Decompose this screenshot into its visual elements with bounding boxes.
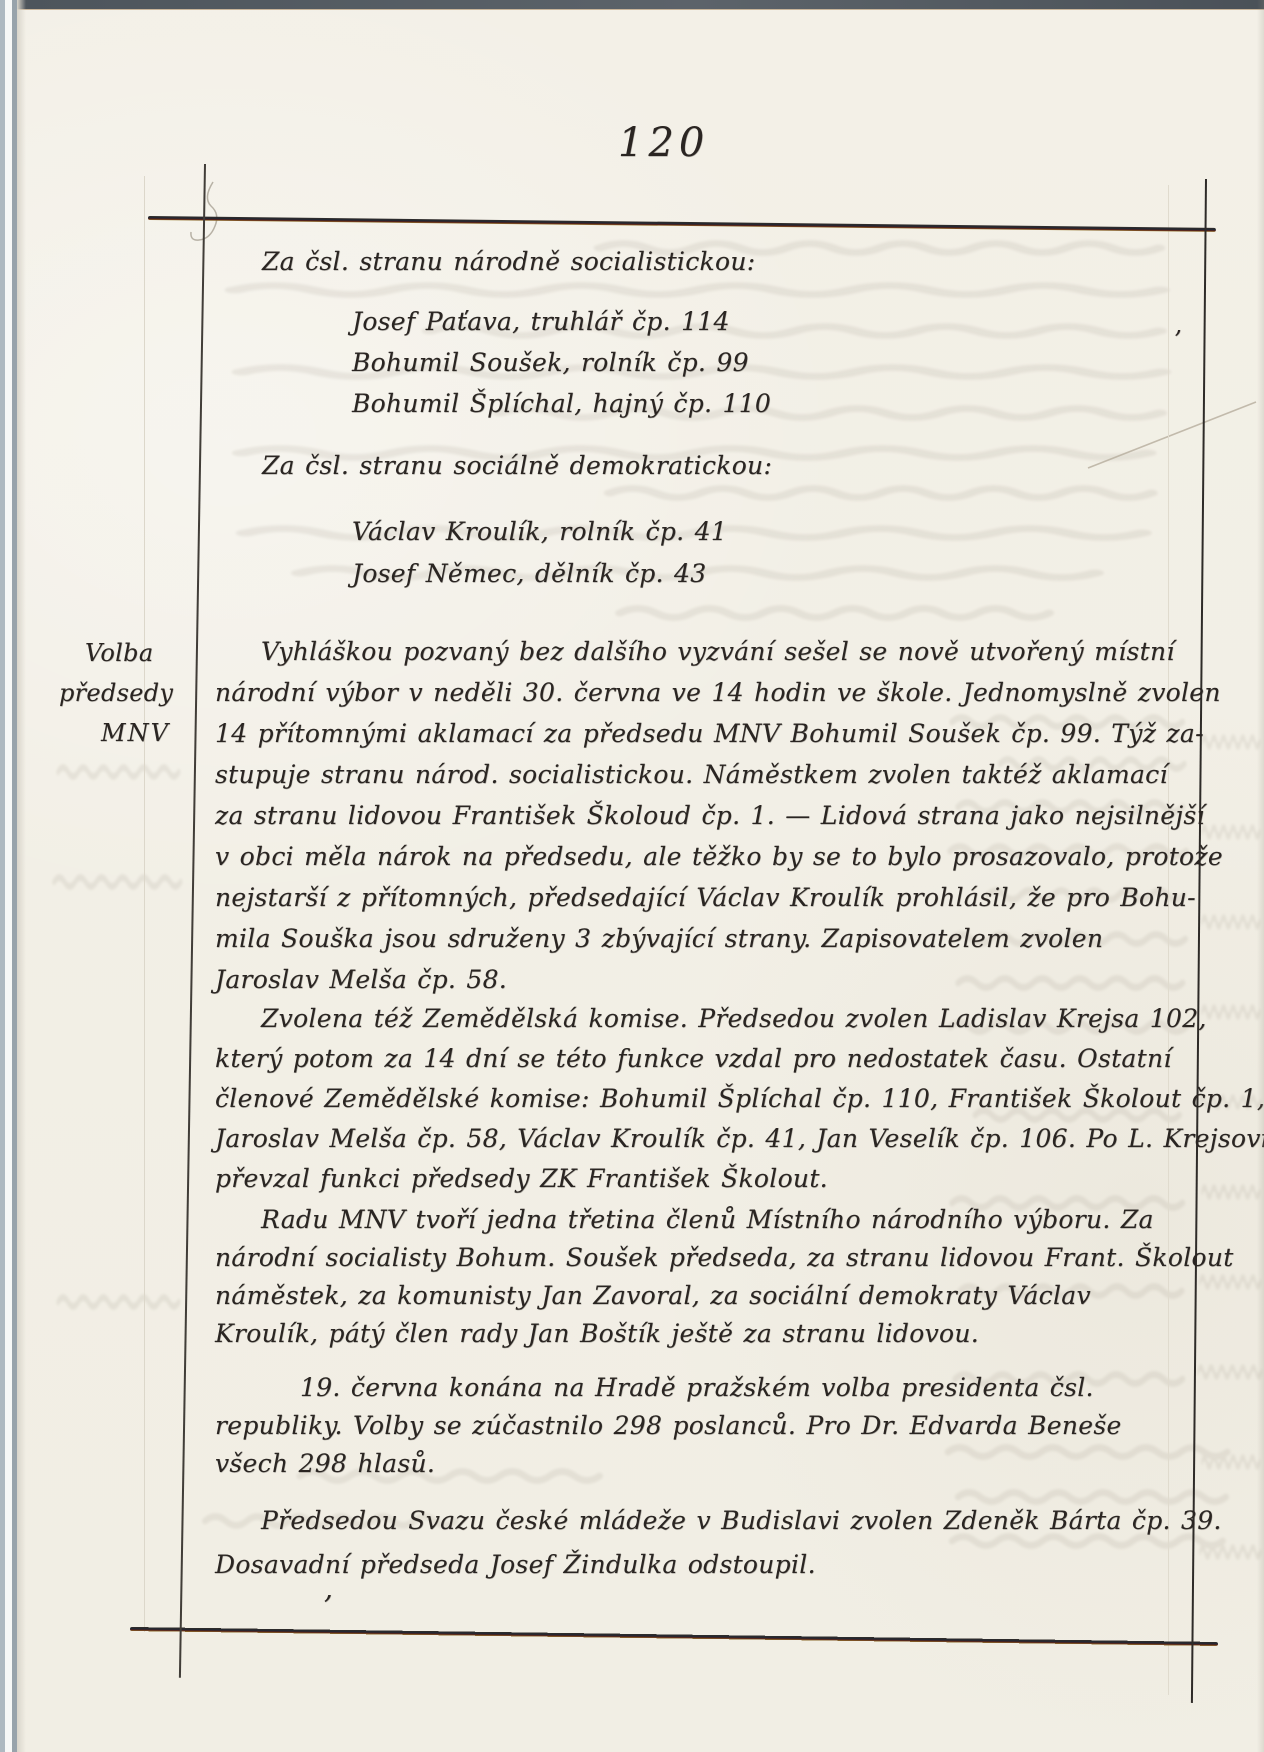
council-member-line: Bohumil Soušek, rolník čp. 99 xyxy=(352,342,771,383)
paragraph-rada-mnv: Radu MNV tvoří jedna třetina členů Místn… xyxy=(215,1201,1234,1353)
council-member-line: Bohumil Šplíchal, hajný čp. 110 xyxy=(352,383,771,424)
text-line: převzal funkci předsedy ZK František Ško… xyxy=(215,1159,1264,1199)
scanned-chronicle-page: 120 Volba předsedy MNV Za čsl. stranu ná… xyxy=(0,0,1264,1752)
text-line: všech 298 hlasů. xyxy=(215,1445,1122,1483)
text-line: nejstarší z přítomných, předsedající Vác… xyxy=(215,877,1223,918)
stray-ink-mark: , xyxy=(324,1572,333,1605)
page-number: 120 xyxy=(618,120,709,166)
text-line: národní výbor v neděli 30. června ve 14 … xyxy=(215,672,1223,713)
faint-guide-line-left xyxy=(144,176,145,1632)
scan-right-shade xyxy=(1257,0,1264,1752)
text-line: Jaroslav Melša čp. 58. xyxy=(215,959,1223,1000)
text-line: 19. června konána na Hradě pražském volb… xyxy=(215,1369,1122,1407)
text-line: členové Zemědělské komise: Bohumil Šplíc… xyxy=(215,1079,1264,1119)
text-line: v obci měla nárok na předsedu, ale těžko… xyxy=(215,836,1223,877)
text-line: 14 přítomnými aklamací za předsedu MNV B… xyxy=(215,713,1223,754)
binding-edge-fade xyxy=(17,0,26,1752)
party-list-heading: Za čsl. stranu národně socialistickou: xyxy=(262,247,755,276)
paragraph-svaz-mladeze: Předsedou Svazu české mládeže v Budislav… xyxy=(215,1499,1222,1587)
margin-note: Volba předsedy MNV xyxy=(55,633,173,753)
text-line: národní socialisty Bohum. Soušek předsed… xyxy=(215,1239,1234,1277)
text-line: Jaroslav Melša čp. 58, Václav Kroulík čp… xyxy=(215,1119,1264,1159)
paragraph-volba-presidenta: 19. června konána na Hradě pražském volb… xyxy=(215,1369,1122,1483)
binding-edge-white xyxy=(5,0,12,1752)
text-line: Radu MNV tvoří jedna třetina členů Místn… xyxy=(215,1201,1234,1239)
text-line: Vyhláškou pozvaný bez dalšího vyzvání se… xyxy=(215,631,1223,672)
text-line: Předsedou Svazu české mládeže v Budislav… xyxy=(215,1499,1222,1543)
text-line: stupuje stranu národ. socialistickou. Ná… xyxy=(215,754,1223,795)
paragraph-zemedelska-komise: Zvolena též Zemědělská komise. Předsedou… xyxy=(215,999,1264,1199)
party-member-list: Václav Kroulík, rolník čp. 41 Josef Něme… xyxy=(352,511,727,595)
party-member-list: Josef Paťava, truhlář čp. 114 Bohumil So… xyxy=(352,301,771,424)
party-list-heading: Za čsl. stranu sociálně demokratickou: xyxy=(262,451,772,480)
text-line: mila Souška jsou sdruženy 3 zbývající st… xyxy=(215,918,1223,959)
text-line: Dosavadní předseda Josef Žindulka odstou… xyxy=(215,1543,1222,1587)
scan-top-edge xyxy=(0,0,1264,10)
council-member-line: Josef Němec, dělník čp. 43 xyxy=(352,553,727,595)
text-line: Kroulík, pátý člen rady Jan Boštík ještě… xyxy=(215,1315,1234,1353)
text-line: republiky. Volby se zúčastnilo 298 posla… xyxy=(215,1407,1122,1445)
council-member-line: Václav Kroulík, rolník čp. 41 xyxy=(352,511,727,553)
paragraph-volba-predsedy: Vyhláškou pozvaný bez dalšího vyzvání se… xyxy=(215,631,1223,1000)
margin-note-line: MNV xyxy=(55,713,173,753)
council-member-line: Josef Paťava, truhlář čp. 114 xyxy=(352,301,771,342)
text-line: náměstek, za komunisty Jan Zavoral, za s… xyxy=(215,1277,1234,1315)
margin-note-line: předsedy xyxy=(55,673,173,713)
stray-ink-mark: ’ xyxy=(1174,326,1182,354)
text-line: za stranu lidovou František Školoud čp. … xyxy=(215,795,1223,836)
text-line: který potom za 14 dní se této funkce vzd… xyxy=(215,1039,1264,1079)
margin-note-line: Volba xyxy=(55,633,173,673)
text-line: Zvolena též Zemědělská komise. Předsedou… xyxy=(215,999,1264,1039)
